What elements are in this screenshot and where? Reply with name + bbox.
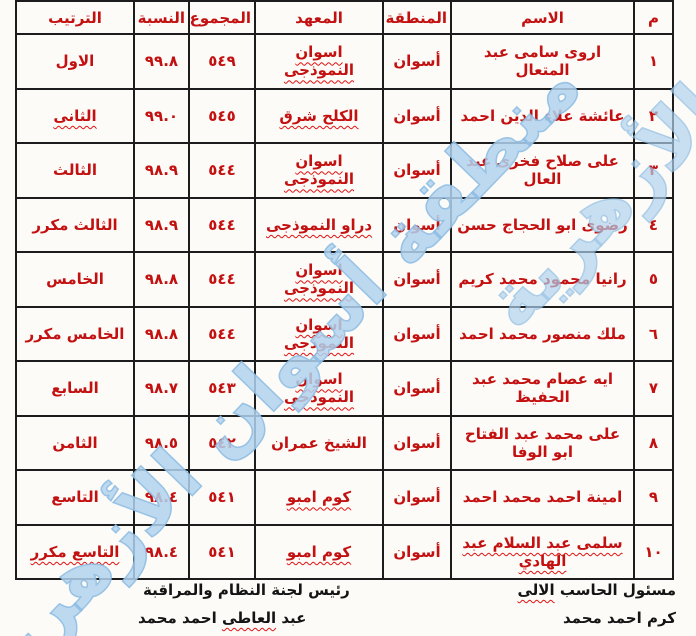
table-row: ٥رانيا محمود محمد كريمأسواناسوان النموذج… xyxy=(16,252,673,307)
table-header-row: مالاسمالمنطقةالمعهدالمجموعالنسبةالترتيب xyxy=(16,1,673,34)
cell-institute: اسوان النموذجى xyxy=(255,252,383,307)
cell-total: ٥٤٤ xyxy=(189,198,255,253)
cell-rank: الثامن xyxy=(16,416,134,471)
cell-rank: الثالث xyxy=(16,143,134,198)
cell-num: ٣ xyxy=(634,143,673,198)
cell-region: أسوان xyxy=(383,307,451,362)
cell-name: سلمى عبد السلام عبد الهادي xyxy=(451,525,634,580)
cell-region: أسوان xyxy=(383,470,451,525)
cell-num: ٥ xyxy=(634,252,673,307)
table-row: ١اروى سامى عبد المتعالأسواناسوان النموذج… xyxy=(16,34,673,89)
cell-region: أسوان xyxy=(383,143,451,198)
column-header-institute: المعهد xyxy=(255,1,383,34)
cell-rank: التاسع xyxy=(16,470,134,525)
cell-num: ٧ xyxy=(634,361,673,416)
table-row: ٨على محمد عبد الفتاح ابو الوفاأسوانالشيخ… xyxy=(16,416,673,471)
cell-total: ٥٤١ xyxy=(189,525,255,580)
cell-rank: الخامس xyxy=(16,252,134,307)
cell-total: ٥٤١ xyxy=(189,470,255,525)
cell-region: أسوان xyxy=(383,416,451,471)
cell-num: ٤ xyxy=(634,198,673,253)
cell-num: ٢ xyxy=(634,89,673,144)
cell-region: أسوان xyxy=(383,525,451,580)
cell-total: ٥٤٩ xyxy=(189,34,255,89)
cell-percent: ٩٨.٥ xyxy=(134,416,189,471)
cell-region: أسوان xyxy=(383,198,451,253)
cell-region: أسوان xyxy=(383,252,451,307)
results-sheet-page: منطقة أسوان الأزهرية منطقة أسوان الأزهري… xyxy=(0,0,696,636)
committee-head-title: رئيس لجنة النظام والمراقبة xyxy=(143,581,350,599)
cell-name: رانيا محمود محمد كريم xyxy=(451,252,634,307)
column-header-total: المجموع xyxy=(189,1,255,34)
cell-num: ٦ xyxy=(634,307,673,362)
cell-percent: ٩٨.٤ xyxy=(134,525,189,580)
cell-institute: دراو النموذجى xyxy=(255,198,383,253)
cell-institute: اسوان النموذجى xyxy=(255,307,383,362)
cell-total: ٥٤٤ xyxy=(189,307,255,362)
committee-head-name-text-wavy: العاطى xyxy=(222,609,276,627)
cell-region: أسوان xyxy=(383,361,451,416)
column-header-percent: النسبة xyxy=(134,1,189,34)
cell-institute: كوم امبو xyxy=(255,525,383,580)
cell-percent: ٩٩.٠ xyxy=(134,89,189,144)
cell-num: ١ xyxy=(634,34,673,89)
cell-rank: الثانى xyxy=(16,89,134,144)
cell-rank: التاسع مكرر xyxy=(16,525,134,580)
cell-percent: ٩٨.٩ xyxy=(134,198,189,253)
computer-officer-title: مسئول الحاسب الالى xyxy=(517,581,676,599)
computer-officer-title-text: مسئول الحاسب xyxy=(555,581,676,599)
cell-name: امينة احمد محمد احمد xyxy=(451,470,634,525)
cell-total: ٥٤٥ xyxy=(189,89,255,144)
cell-percent: ٩٨.٤ xyxy=(134,470,189,525)
cell-name: عائشة علاء الدين احمد xyxy=(451,89,634,144)
cell-rank: السابع xyxy=(16,361,134,416)
committee-head-name: عبد العاطى احمد محمد xyxy=(138,609,306,627)
cell-name: على محمد عبد الفتاح ابو الوفا xyxy=(451,416,634,471)
cell-rank: الخامس مكرر xyxy=(16,307,134,362)
computer-officer-title-text-wavy: الالى xyxy=(517,581,554,599)
cell-name: اروى سامى عبد المتعال xyxy=(451,34,634,89)
column-header-name: الاسم xyxy=(451,1,634,34)
column-header-region: المنطقة xyxy=(383,1,451,34)
committee-head-name-text2: احمد محمد xyxy=(138,609,222,627)
cell-region: أسوان xyxy=(383,34,451,89)
cell-percent: ٩٨.٨ xyxy=(134,252,189,307)
computer-officer-name: كرم احمد محمد xyxy=(563,609,676,627)
table-row: ٢عائشة علاء الدين احمدأسوانالكلح شرق٥٤٥٩… xyxy=(16,89,673,144)
cell-rank: الثالث مكرر xyxy=(16,198,134,253)
cell-rank: الاول xyxy=(16,34,134,89)
column-header-rank: الترتيب xyxy=(16,1,134,34)
table-row: ١٠سلمى عبد السلام عبد الهاديأسوانكوم امب… xyxy=(16,525,673,580)
column-header-num: م xyxy=(634,1,673,34)
cell-total: ٥٤٤ xyxy=(189,143,255,198)
cell-name: على صلاح فخرى عبد العال xyxy=(451,143,634,198)
cell-percent: ٩٨.٩ xyxy=(134,143,189,198)
cell-name: ايه عصام محمد عبد الحفيظ xyxy=(451,361,634,416)
cell-num: ٩ xyxy=(634,470,673,525)
cell-region: أسوان xyxy=(383,89,451,144)
results-table: مالاسمالمنطقةالمعهدالمجموعالنسبةالترتيب … xyxy=(15,0,674,580)
cell-total: ٥٤٤ xyxy=(189,252,255,307)
cell-institute: اسوان النموذجى xyxy=(255,34,383,89)
table-row: ٤رضوى ابو الحجاج حسنأسواندراو النموذجى٥٤… xyxy=(16,198,673,253)
cell-institute: اسوان النموذجى xyxy=(255,361,383,416)
committee-head-name-text1: عبد xyxy=(276,609,306,627)
table-row: ٦ملك منصور محمد احمدأسواناسوان النموذجى٥… xyxy=(16,307,673,362)
cell-institute: الكلح شرق xyxy=(255,89,383,144)
cell-name: رضوى ابو الحجاج حسن xyxy=(451,198,634,253)
cell-institute: الشيخ عمران xyxy=(255,416,383,471)
table-row: ٣على صلاح فخرى عبد العالأسواناسوان النمو… xyxy=(16,143,673,198)
cell-institute: اسوان النموذجى xyxy=(255,143,383,198)
cell-total: ٥٤٣ xyxy=(189,361,255,416)
cell-num: ٨ xyxy=(634,416,673,471)
table-row: ٩امينة احمد محمد احمدأسوانكوم امبو٥٤١٩٨.… xyxy=(16,470,673,525)
cell-total: ٥٤٢ xyxy=(189,416,255,471)
cell-num: ١٠ xyxy=(634,525,673,580)
cell-institute: كوم امبو xyxy=(255,470,383,525)
cell-percent: ٩٨.٧ xyxy=(134,361,189,416)
cell-percent: ٩٨.٨ xyxy=(134,307,189,362)
cell-percent: ٩٩.٨ xyxy=(134,34,189,89)
cell-name: ملك منصور محمد احمد xyxy=(451,307,634,362)
table-row: ٧ايه عصام محمد عبد الحفيظأسواناسوان النم… xyxy=(16,361,673,416)
